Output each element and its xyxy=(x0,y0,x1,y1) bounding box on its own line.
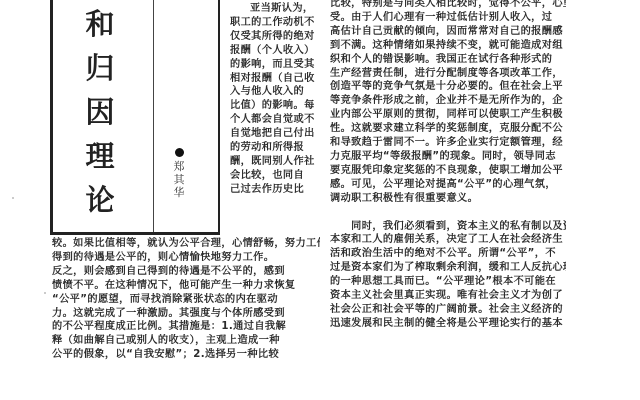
text-line: 高估计自己贡献的倾向，因而常常对自己的报酬感 xyxy=(330,25,566,39)
text-line: 调动职工积极性有很重要意义。 xyxy=(330,192,566,206)
text-line: 织和个人的错误影响。我国正在试行各种形式的 xyxy=(330,53,566,67)
text-line: 个人都会自觉或不 xyxy=(230,113,325,127)
narrow-text-column: 亚当斯认为， 职工的工作动机不 仅受其所得的绝对 报酬（个人收入） 的影响，而且… xyxy=(230,2,325,197)
text-line: 力。这就完成了一种激励。其强度与个体所感受到 xyxy=(52,307,320,321)
title-char: 理 xyxy=(78,134,122,178)
wide-text-column: 较。如果比值相等，就认为公平合理，心情舒畅，努力工作； 得到的待遇是公平的，则心… xyxy=(52,237,320,362)
text-line: 到不满。这种情绪如果持续不变，就可能造成对组 xyxy=(330,39,566,53)
text-line: 自觉地把自己付出 xyxy=(230,127,325,141)
text-line: 资本主义社会里真正实现。唯有社会主义才为创了 xyxy=(330,289,566,303)
text-line: 会比较，也同自 xyxy=(230,169,325,183)
text-line: 职工的工作动机不 xyxy=(230,16,325,30)
text-line: 社会公正和社会平等的广阔前景。社会主义经济的 xyxy=(330,303,566,317)
text-line: 公平的假象，以“自我安慰”；2.选择另一种比较 xyxy=(52,348,320,362)
text-line: 比较，特别是与同类人相比较时，觉得不公平，心里不安， xyxy=(330,0,566,11)
text-line: 业内部公平原则的贯彻，同样可以使职工产生积极 xyxy=(330,108,566,122)
title-char: 因 xyxy=(78,90,122,134)
text-line: 生产经营责任制，进行分配制度等各项改革工作， xyxy=(330,67,566,81)
text-line: 同时，我们必须看到，资本主义的私有制以及资 xyxy=(330,220,566,234)
text-line: 活和政治生活中的绝对不公平。所谓“公平”，不 xyxy=(330,247,566,261)
scan-speck xyxy=(44,292,46,294)
text-line: 的一种思想工具而已。“公平理论”根本不可能在 xyxy=(330,275,566,289)
text-line: 过是资本家们为了榨取剩余利润，缓和工人反抗心理 xyxy=(330,261,566,275)
text-line: 受。由于人们心理有一种过低估计别人收入，过 xyxy=(330,11,566,25)
author-char: 华 xyxy=(172,186,186,199)
journal-page: 和 归 因 理 论 郑 其 华 亚当斯认为， 职工的工作动机不 仅受其所得的绝对… xyxy=(0,0,640,400)
title-char: 和 xyxy=(78,2,122,46)
text-line: 亚当斯认为， xyxy=(230,2,325,16)
right-text-column: 比较，特别是与同类人相比较时，觉得不公平，心里不安， 受。由于人们心理有一种过低… xyxy=(330,0,566,331)
text-line: 较。如果比值相等，就认为公平合理，心情舒畅，努力工作； xyxy=(52,237,320,251)
text-line: 的劳动和所得报 xyxy=(230,141,325,155)
text-line: 释（如曲解自己或别人的收支），主观上造成一种 xyxy=(52,334,320,348)
text-line: 和导致趋于雷同不一。许多企业实行定额管理，经 xyxy=(330,136,566,150)
text-line: 感。可见，公平理论对提高“公平”的心理气氛， xyxy=(330,178,566,192)
article-title: 和 归 因 理 论 xyxy=(78,2,122,222)
text-line: 的不公平程度成正比例。其措施是：1.通过自我解 xyxy=(52,320,320,334)
text-line: 迅速发展和民主制的健全将是公平理论实行的基本 xyxy=(330,317,566,331)
author-frame xyxy=(150,0,220,235)
text-line: 愤愤不平。在这种情况下，他可能产生一种力求恢复 xyxy=(52,279,320,293)
text-line: 报酬（个人收入） xyxy=(230,44,325,58)
text-line xyxy=(330,206,566,220)
text-line: 反之，则会感到自己得到的待遇是不公平的，感到 xyxy=(52,265,320,279)
title-char: 论 xyxy=(78,178,122,222)
bullet-icon xyxy=(175,148,184,157)
text-line: 比值）的影响。每 xyxy=(230,99,325,113)
text-line: 相对报酬（自己收 xyxy=(230,72,325,86)
text-line: 本家和工人的雇佣关系，决定了工人在社会经济生 xyxy=(330,233,566,247)
title-char: 归 xyxy=(78,46,122,90)
text-line: 入与他人收入的 xyxy=(230,85,325,99)
text-line: “公平”的愿望，而寻找消除紧张状态的内在驱动 xyxy=(52,293,320,307)
text-line: 创造平等的竞争气氛是十分必要的。但在社会上平 xyxy=(330,80,566,94)
text-line: 己过去作历史比 xyxy=(230,183,325,197)
text-line: 力克服平均“等级报酬”的现象。同时，领导同志 xyxy=(330,150,566,164)
text-line: 得到的待遇是公平的，则心情愉快地努力工作。 xyxy=(52,251,320,265)
text-line: 仅受其所得的绝对 xyxy=(230,30,325,44)
text-line: 要克服凭印象定奖惩的不良现象，使职工增加公平 xyxy=(330,164,566,178)
scan-speck xyxy=(12,197,14,199)
author-char: 其 xyxy=(172,173,186,186)
text-line: 酬，既同别人作社 xyxy=(230,155,325,169)
author-char: 郑 xyxy=(172,160,186,173)
text-line: 性。这就要求建立科学的奖惩制度，克服分配不公 xyxy=(330,122,566,136)
text-line: 等竞争条件形成之前，企业并不是无所作为的，企 xyxy=(330,94,566,108)
author-byline: 郑 其 华 xyxy=(172,148,186,199)
text-line: 的影响，而且受其 xyxy=(230,58,325,72)
